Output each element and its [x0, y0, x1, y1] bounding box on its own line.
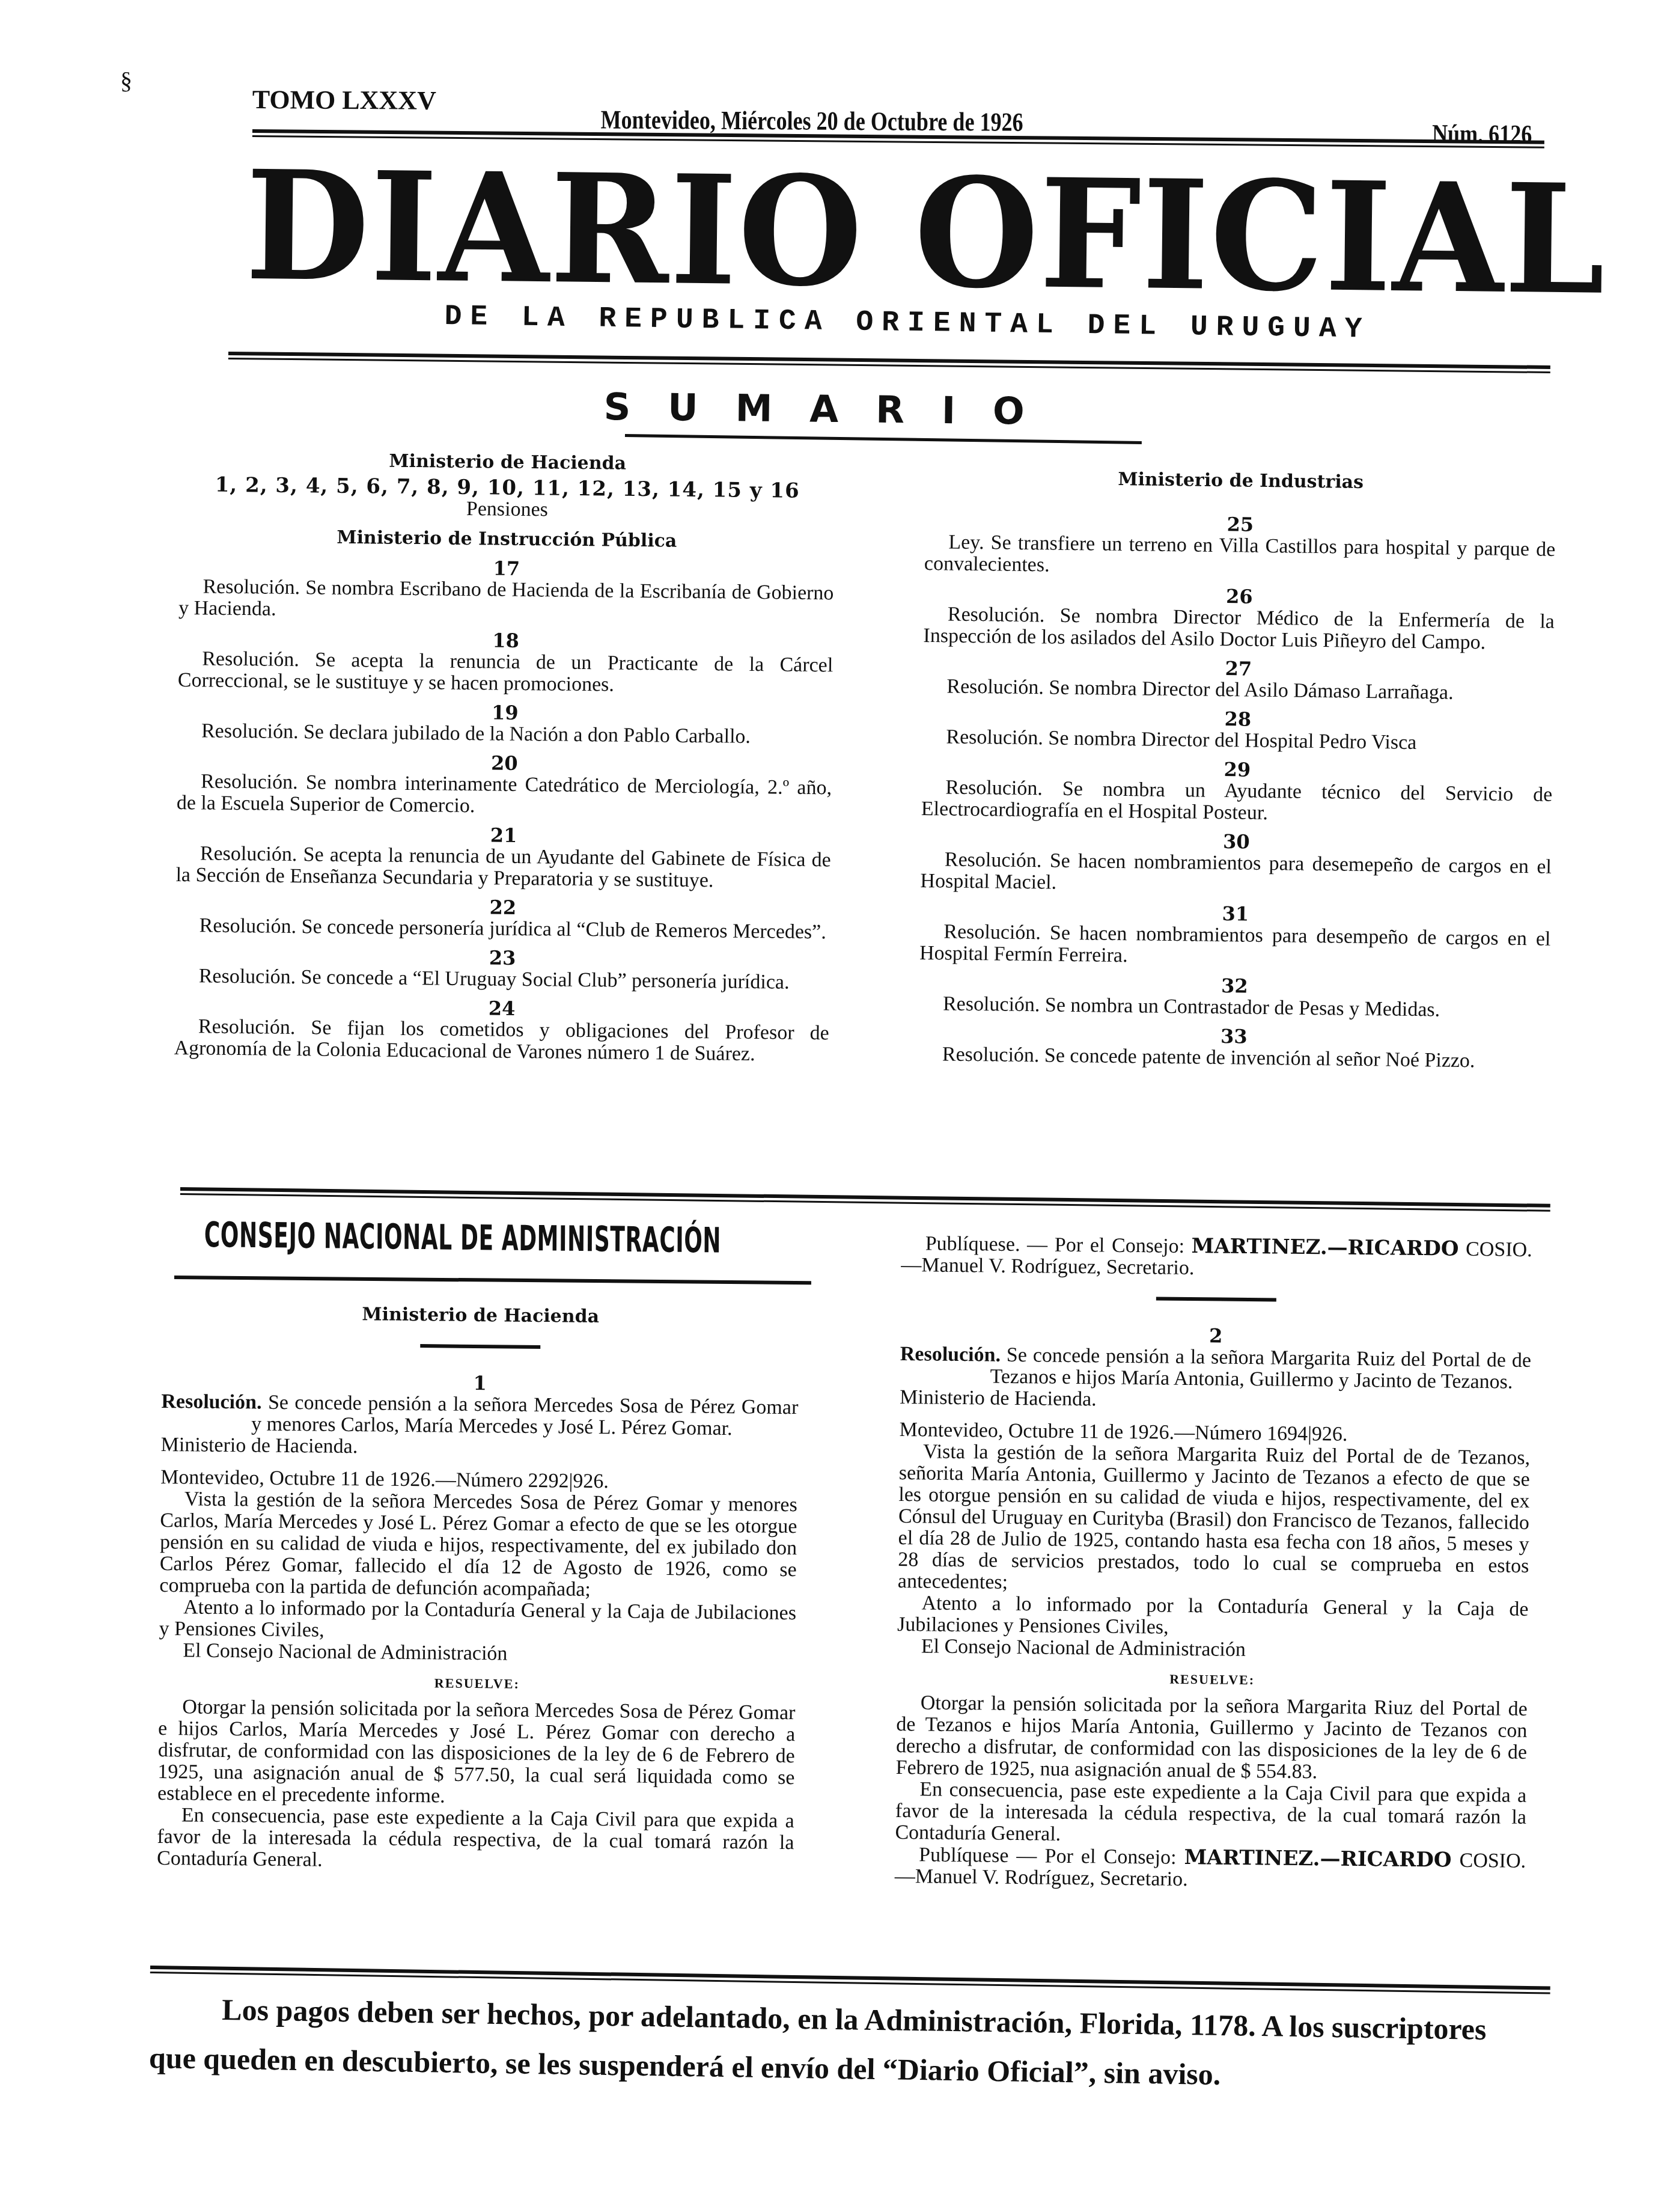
publiquese-line: Publíquese — Por el Consejo: MARTINEZ.—R… [895, 1844, 1526, 1894]
entry-text: Resolución. Se fijan los cometidos y obl… [174, 1016, 829, 1066]
consejo-underline [174, 1276, 811, 1285]
entry-text: Ley. Se transfiere un terreno en Villa C… [924, 531, 1556, 582]
publiquese-text: Publíquese — Por el Consejo: [919, 1844, 1184, 1869]
consecuencia-paragraph: En consecuencia, pase este expediente a … [157, 1804, 794, 1875]
payment-notice: Los pagos deben ser hechos, por adelanta… [148, 1984, 1562, 2104]
consejo-left-column: Ministerio de Hacienda 1 Resolución. Se … [157, 1298, 799, 1875]
entry-text: Resolución. Se nombra un Ayudante técnic… [921, 777, 1553, 828]
issue-header: TOMO LXXXV Montevideo, Miércoles 20 de O… [252, 78, 1550, 134]
atento-paragraph: Atento a lo informado por la Contaduría … [159, 1596, 797, 1646]
sumario-underline [625, 434, 1142, 444]
resuelve-heading: RESUELVE: [897, 1666, 1528, 1694]
sumario-right-entries: 25Ley. Se transfiere un terreno en Villa… [918, 510, 1556, 1073]
volume-label: TOMO LXXXV [252, 84, 436, 116]
signers: MARTINEZ.—RICARDO [1191, 1234, 1458, 1261]
summary-text: Se concede pensión a la señora Margarita… [990, 1344, 1531, 1393]
entry-text: Resolución. Se acepta la renuncia de un … [175, 843, 831, 893]
sumario-right-column: Ministerio de Industrias 25Ley. Se trans… [918, 463, 1556, 1073]
consejo-heading: CONSEJO NACIONAL DE ADMINISTRACIÓN [204, 1214, 722, 1261]
publiquese-text: Publíquese. — Por el Consejo: [925, 1232, 1192, 1257]
ministry-heading: Ministerio de Hacienda [180, 448, 835, 477]
summary-label: Resolución. [161, 1390, 262, 1414]
entry-text: Resolución. Se hacen nombramientos para … [920, 849, 1552, 900]
resolution-summary: Resolución. Se concede pensión a la seño… [161, 1391, 799, 1440]
masthead-rule [228, 352, 1550, 373]
divider [1156, 1297, 1276, 1301]
entry-text: Resolución. Se acepta la renuncia de un … [178, 648, 833, 698]
publiquese-line: Publíquese. — Por el Consejo: MARTINEZ.—… [901, 1232, 1532, 1283]
summary-text: Se concede pensión a la señora Mercedes … [251, 1392, 799, 1440]
entry-text: Resolución. Se nombra Escribano de Hacie… [178, 576, 834, 626]
entry-text: Resolución. Se hacen nombramientos para … [919, 921, 1551, 972]
sumario-left-entries: 17Resolución. Se nombra Escribano de Hac… [174, 554, 834, 1066]
resolution-summary: Resolución. Se concede pensión a la seño… [900, 1343, 1531, 1393]
ministry-heading: Ministerio de Industrias [925, 466, 1556, 496]
summary-label: Resolución. [900, 1343, 1001, 1366]
section-rule [180, 1187, 1550, 1212]
vista-paragraph: Vista la gestión de la señora Margarita … [898, 1441, 1531, 1599]
resuelve-heading: RESUELVE: [159, 1670, 796, 1697]
entry-text: Resolución. Se nombra Director Médico de… [923, 603, 1555, 655]
sumario-heading: SUMARIO [603, 385, 1062, 433]
masthead-text: DIARIO OFICIAL [245, 156, 1607, 309]
masthead-title: DIARIO OFICIAL [245, 156, 1526, 308]
consejo-right-column: Publíquese. — Por el Consejo: MARTINEZ.—… [895, 1232, 1532, 1894]
atento-paragraph: Atento a lo informado por la Contaduría … [897, 1592, 1529, 1642]
sumario-left-column: Ministerio de Hacienda 1, 2, 3, 4, 5, 6,… [174, 445, 835, 1066]
consecuencia-paragraph: En consecuencia, pase este expediente a … [895, 1779, 1526, 1850]
otorgar-paragraph: Otorgar la pensión solicitada por la señ… [895, 1692, 1527, 1785]
divider [420, 1344, 540, 1349]
ministry-heading: Ministerio de Instrucción Pública [179, 525, 834, 554]
ministry-heading: Ministerio de Hacienda [162, 1302, 799, 1330]
printer-mark-icon: § [120, 66, 132, 94]
newspaper-page: § TOMO LXXXV Montevideo, Miércoles 20 de… [0, 0, 1673, 2212]
signers: MARTINEZ.—RICARDO [1184, 1845, 1451, 1872]
vista-paragraph: Vista la gestión de la señora Mercedes S… [159, 1488, 797, 1602]
otorgar-paragraph: Otorgar la pensión solicitada por la señ… [157, 1696, 796, 1810]
entry-text: Resolución. Se nombra interinamente Cate… [177, 771, 832, 820]
